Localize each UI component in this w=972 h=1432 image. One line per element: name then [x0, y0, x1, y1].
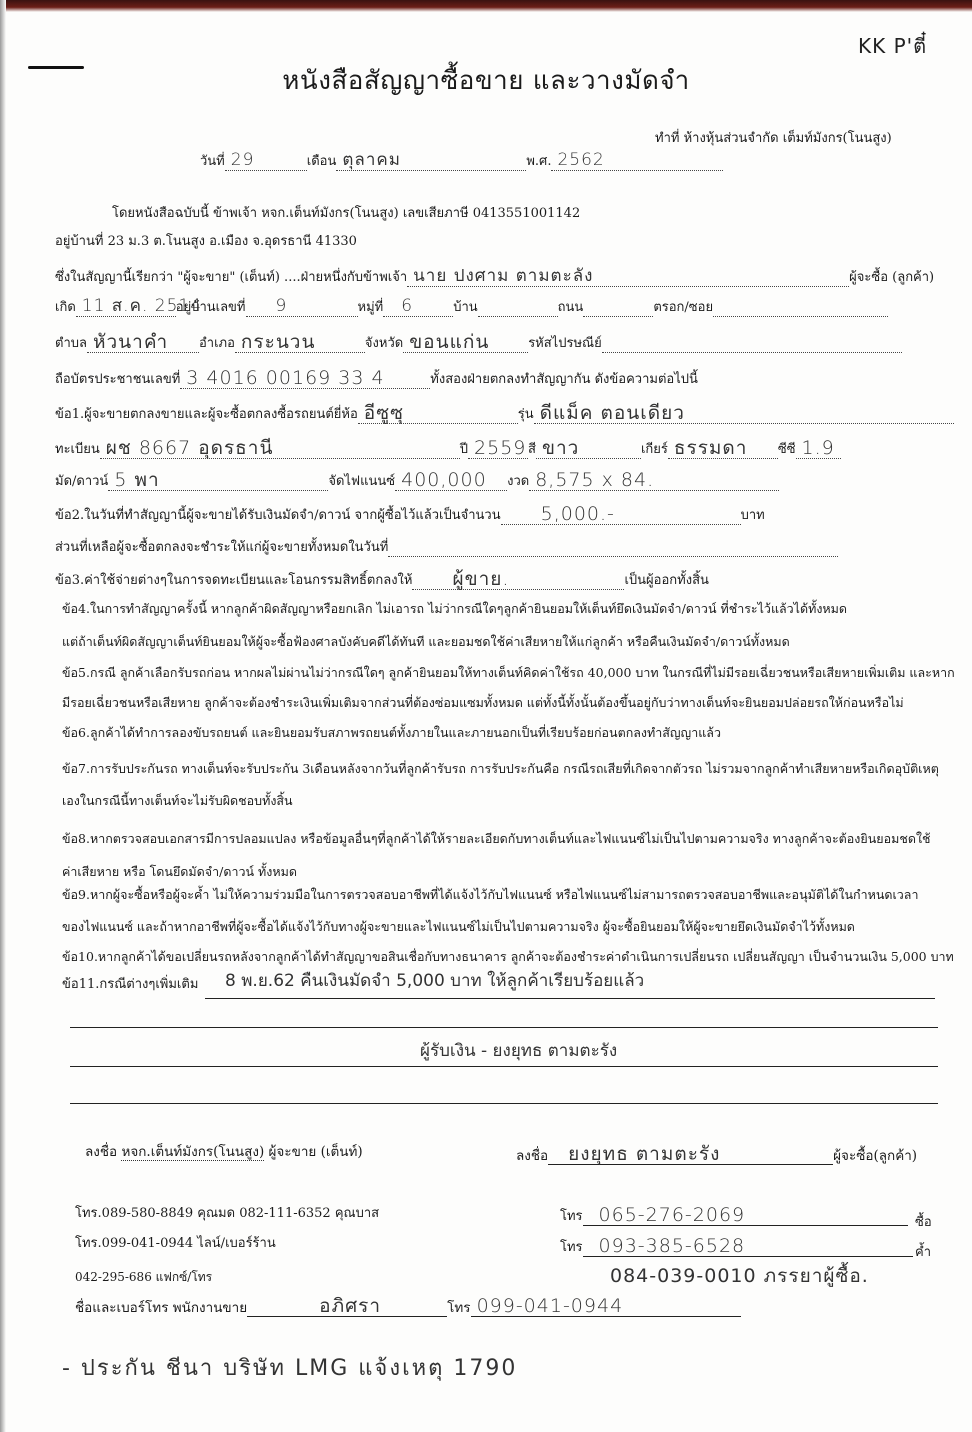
installment-label: งวด	[507, 474, 529, 489]
seller-sign-label: ลงชื่อ	[85, 1144, 117, 1160]
province-label: จังหวัด	[365, 336, 403, 351]
model-label: รุ่น	[518, 407, 534, 422]
postcode-field[interactable]	[602, 334, 902, 353]
village-label: บ้าน	[453, 300, 477, 315]
place-label: ทำที่	[655, 131, 679, 146]
seller-signature-line: ลงชื่อ หจก.เต็นท์มังกร(โนนสูง) ผู้จะขาย …	[85, 1143, 363, 1161]
remaining-label: ส่วนที่เหลือผู้จะซื้อตกลงจะชำระให้แก่ผู้…	[55, 540, 388, 555]
province-value: ขอนแก่น	[409, 333, 489, 351]
month-value: ตุลาคม	[342, 151, 401, 169]
plate-field[interactable]: ผช 8667 อุดรธานี	[100, 440, 460, 459]
place-value: ห้างหุ้นส่วนจำกัด เต็มท์มังกร(โนนสูง)	[684, 131, 892, 146]
clause-5b: มีรอยเฉี่ยวชนหรือเสียหาย ลูกค้าจะต้องชำร…	[62, 694, 942, 712]
cc-field[interactable]: 1.9	[796, 440, 841, 459]
corner-note: KK P'ตี๋	[858, 30, 927, 62]
clause11-rule-1	[205, 998, 935, 999]
road-label: ถนน	[558, 300, 584, 315]
clause-6: ข้อ6.ลูกค้าได้ทำการลองขับรถยนต์ และยินยอ…	[62, 724, 942, 742]
side-label-buy: ซื้อ	[915, 1214, 932, 1232]
model-field[interactable]: ดีแม็ค ตอนเดียว	[534, 405, 954, 424]
gear-value: ธรรมดา	[674, 439, 748, 457]
clause11-label: ข้อ11.กรณีต่างๆเพิ่มเติม	[62, 976, 198, 994]
seller-sign-name[interactable]: หจก.เต็นท์มังกร(โนนสูง)	[121, 1144, 264, 1161]
soi-label: ตรอก/ซอย	[653, 300, 713, 315]
clause-10: ข้อ10.หากลูกค้าได้ขอเปลี่ยนรถหลังจากลูกค…	[62, 948, 942, 966]
phone-label-1: โทร	[560, 1209, 583, 1224]
buyer-sign-name: ยงยุทธ ตามตะรัง	[568, 1145, 720, 1163]
date-line: วันที่29เดือนตุลาคมพ.ศ.2562	[200, 152, 723, 171]
seller-sign-role: ผู้จะขาย (เต็นท์)	[269, 1144, 363, 1160]
fee-payer-value: ผู้ขาย.	[452, 570, 509, 588]
buyer-sign-field[interactable]: ยงยุทธ ตามตะรัง	[548, 1146, 833, 1165]
year-field[interactable]: 2562	[551, 152, 723, 171]
clause11-rule-2	[70, 1027, 938, 1028]
place-line: ทำที่ ห้างหุ้นส่วนจำกัด เต็มท์มังกร(โนนส…	[655, 130, 892, 148]
document-title: หนังสือสัญญาซื้อขาย และวางมัดจำ	[0, 60, 972, 101]
month-label: เดือน	[307, 154, 337, 169]
clause-7a: ข้อ7.การรับประกันรถ ทางเต็นท์จะรับประกัน…	[62, 760, 942, 778]
day-label: วันที่	[200, 154, 225, 169]
clause3-suffix: เป็นผู้ออกทั้งสิ้น	[624, 573, 708, 588]
down-value: 5 พา	[114, 471, 159, 489]
remaining-line: ส่วนที่เหลือผู้จะซื้อตกลงจะชำระให้แก่ผู้…	[55, 538, 838, 557]
clause3-text: ข้อ3.ค่าใช้จ่ายต่างๆในการจดทะเบียนและโอน…	[55, 573, 412, 588]
color-label: สี	[528, 442, 536, 457]
buyer-phone-line-1: โทร065-276-2069	[560, 1207, 908, 1226]
seller-contact-2: โทร.099-041-0944 ไลน์/เบอร์ร้าน	[75, 1235, 276, 1253]
born-value: 11 ส.ค. 2514	[82, 297, 202, 315]
clause-9a: ข้อ9.หากผู้จะซื้อหรือผู้จะค้ำ ไม่ให้ความ…	[62, 886, 942, 904]
sales-phone-label: โทร	[447, 1300, 470, 1316]
seller-intro: โดยหนังสือฉบับนี้ ข้าพเจ้า หจก.เต็นท์มัง…	[112, 205, 580, 223]
road-field[interactable]	[583, 298, 653, 317]
year-value: 2562	[557, 151, 604, 169]
cc-label: ซีซี	[778, 442, 796, 457]
clause-9b: ของไฟแนนซ์ และถ้าหากอาชีพที่ผู้จะซื้อได้…	[62, 918, 942, 936]
id-value: 3 4016 00169 33 4	[186, 369, 384, 387]
seller-address: อยู่บ้านที่ 23 ม.3 ต.โนนสูง อ.เมือง จ.อุ…	[55, 233, 357, 251]
buyer-name: นาย ปงศาม ตามตะลัง	[413, 267, 593, 285]
vyear-label: ปี	[460, 442, 468, 457]
id-line: ถือบัตรประชาชนเลขที่3 4016 00169 33 4ทั้…	[55, 370, 698, 389]
clause1-line: ข้อ1.ผู้จะขายตกลงขายและผู้จะซื้อตกลงซื้อ…	[55, 405, 954, 424]
buyer-district-line: ตำบลหัวนาคำอำเภอกระนวนจังหวัดขอนแก่นรหัส…	[55, 334, 902, 353]
insurance-note: - ประกัน ชีนา บริษัท LMG แจ้งเหตุ 1790	[62, 1350, 517, 1385]
remaining-field[interactable]	[388, 538, 838, 557]
buyer-phone-line-2: โทร093-385-6528	[560, 1238, 913, 1257]
postcode-label: รหัสไปรษณีย์	[528, 336, 602, 351]
house-no-value: 9	[276, 297, 288, 315]
finance-field[interactable]: 400,000	[395, 472, 507, 491]
plate-value: ผช 8667 อุดรธานี	[106, 439, 274, 457]
buyer-signature-line: ลงชื่อยงยุทธ ตามตะรังผู้จะซื้อ(ลูกค้า)	[516, 1146, 917, 1165]
buyer-role-label: ผู้จะซื้อ (ลูกค้า)	[849, 270, 934, 285]
clause-5a: ข้อ5.กรณี ลูกค้าเลือกรับรถก่อน หากผลไม่ผ…	[62, 664, 942, 682]
village-field[interactable]	[478, 298, 558, 317]
buyer-name-line: ซึ่งในสัญญานี้เรียกว่า "ผู้จะขาย" (เต็นท…	[55, 268, 934, 287]
district-field[interactable]: กระนวน	[235, 334, 365, 353]
vyear-field[interactable]: 2559	[468, 440, 528, 459]
seller-contact-3: 042-295-686 แฟกซ์/โทร	[75, 1268, 212, 1286]
sales-phone-field[interactable]: 099-041-0944	[471, 1298, 741, 1317]
sales-name: อภิศรา	[319, 1297, 381, 1315]
side-label-guarantor: ค้ำ	[915, 1244, 931, 1262]
buyer-sign-role: ผู้จะซื้อ(ลูกค้า)	[833, 1148, 917, 1164]
page-shadow	[0, 0, 6, 1432]
sales-name-field[interactable]: อภิศรา	[247, 1298, 447, 1317]
clause-4a: ข้อ4.ในการทำสัญญาครั้งนี้ หากลูกค้าผิดสั…	[62, 600, 942, 618]
color-value: ขาว	[542, 439, 579, 457]
finance-line: มัด/ดาวน์5 พาจัดไฟแนนซ์400,000งวด8,575 x…	[55, 472, 779, 491]
clause-7b: เองในกรณีนี้ทางเต็นท์จะไม่รับผิดชอบทั้งส…	[62, 792, 942, 810]
clause-8b: ค่าเสียหาย หรือ โดนยึดมัดจำ/ดาวน์ ทั้งหม…	[62, 863, 942, 881]
buyer-phone-2-field[interactable]: 093-385-6528	[583, 1238, 913, 1257]
down-field[interactable]: 5 พา	[108, 472, 328, 491]
installment-field[interactable]: 8,575 x 84.	[529, 472, 779, 491]
moo-label: หมู่ที่	[358, 300, 384, 315]
province-field[interactable]: ขอนแก่น	[403, 334, 528, 353]
buyer-phone-1: 065-276-2069	[599, 1206, 746, 1224]
id-field[interactable]: 3 4016 00169 33 4	[180, 370, 430, 389]
buyer-phone-2: 093-385-6528	[599, 1237, 746, 1255]
day-field[interactable]: 29	[225, 152, 307, 171]
plate-line: ทะเบียนผช 8667 อุดรธานีปี2559สีขาวเกียร์…	[55, 440, 841, 459]
clause11-line3[interactable]: ผู้รับเงิน - ยงยุทธ ตามตะรัง	[420, 1042, 617, 1060]
clause11-line1[interactable]: 8 พ.ย.62 คืนเงินมัดจำ 5,000 บาท ให้ลูกค้…	[225, 972, 644, 990]
buyer-address-line: เกิด11 ส.ค. 2514อยู่บ้านเลขที่9หมู่ที่6บ…	[55, 298, 888, 317]
deposit-unit: บาท	[741, 508, 765, 523]
buyer-phone-3[interactable]: 084-039-0010 ภรรยาผู้ซื้อ.	[610, 1267, 869, 1285]
id-label: ถือบัตรประชาชนเลขที่	[55, 372, 180, 387]
buyer-phone-1-field[interactable]: 065-276-2069	[583, 1207, 908, 1226]
finance-label: จัดไฟแนนซ์	[328, 474, 395, 489]
deposit-field[interactable]: 5,000.-	[501, 506, 741, 525]
house-no-field[interactable]: 9	[246, 298, 358, 317]
born-label: เกิด	[55, 300, 76, 315]
brand-value: อีซูซุ	[364, 404, 404, 422]
clause2-text: ข้อ2.ในวันที่ทำสัญญานี้ผู้จะขายได้รับเงิ…	[55, 508, 501, 523]
plate-label: ทะเบียน	[55, 442, 100, 457]
year-label: พ.ศ.	[526, 154, 551, 169]
born-field[interactable]: 11 ส.ค. 2514	[76, 298, 176, 317]
clause2-line: ข้อ2.ในวันที่ทำสัญญานี้ผู้จะขายได้รับเงิ…	[55, 506, 765, 525]
clause1-label: ข้อ1.ผู้จะขายตกลงขายและผู้จะซื้อตกลงซื้อ…	[55, 407, 358, 422]
vyear-value: 2559	[474, 439, 526, 457]
sales-phone: 099-041-0944	[477, 1297, 624, 1315]
subdistrict-label: ตำบล	[55, 336, 87, 351]
district-value: กระนวน	[241, 333, 316, 351]
clause-4b: แต่ถ้าเต็นท์ผิดสัญญาเต็นท์ยินยอมให้ผู้จะ…	[62, 633, 942, 651]
fee-payer-field[interactable]: ผู้ขาย.	[412, 571, 624, 590]
phone-label-2: โทร	[560, 1240, 583, 1255]
clause11-rule-4	[70, 1103, 938, 1104]
model-value: ดีแม็ค ตอนเดียว	[540, 404, 685, 422]
month-field[interactable]: ตุลาคม	[336, 152, 526, 171]
subdistrict-field[interactable]: หัวนาคำ	[87, 334, 199, 353]
clause3-line: ข้อ3.ค่าใช้จ่ายต่างๆในการจดทะเบียนและโอน…	[55, 571, 709, 590]
sales-label: ชื่อและเบอร์โทร พนักงานขาย	[75, 1300, 247, 1316]
deposit-value: 5,000.-	[541, 505, 615, 523]
installment-value: 8,575 x 84.	[535, 471, 654, 489]
gear-field[interactable]: ธรรมดา	[668, 440, 778, 459]
finance-value: 400,000	[401, 471, 487, 489]
moo-field[interactable]: 6	[383, 298, 453, 317]
district-label: อำเภอ	[199, 336, 235, 351]
buyer-sign-label: ลงชื่อ	[516, 1148, 548, 1164]
clause11-rule-3	[70, 1066, 938, 1067]
clause-8a: ข้อ8.หากตรวจสอบเอกสารมีการปลอมแปลง หรือข…	[62, 830, 942, 848]
subdistrict-value: หัวนาคำ	[93, 333, 168, 351]
brand-field[interactable]: อีซูซุ	[358, 405, 518, 424]
photo-edge	[0, 0, 972, 12]
color-field[interactable]: ขาว	[536, 440, 641, 459]
moo-value: 6	[401, 297, 413, 315]
agree-text: ทั้งสองฝ่ายตกลงทำสัญญากัน ดังข้อความต่อไ…	[430, 372, 698, 387]
sales-line: ชื่อและเบอร์โทร พนักงานขายอภิศราโทร099-0…	[75, 1298, 741, 1317]
seller-contact-1: โทร.089-580-8849 คุณมด 082-111-6352 คุณบ…	[75, 1205, 379, 1223]
cc-value: 1.9	[802, 439, 835, 457]
down-label: มัด/ดาวน์	[55, 474, 108, 489]
buyer-name-field[interactable]: นาย ปงศาม ตามตะลัง	[407, 268, 849, 287]
buyer-intro-label: ซึ่งในสัญญานี้เรียกว่า "ผู้จะขาย" (เต็นท…	[55, 270, 407, 285]
day-value: 29	[231, 151, 255, 169]
soi-field[interactable]	[713, 298, 888, 317]
gear-label: เกียร์	[641, 442, 668, 457]
